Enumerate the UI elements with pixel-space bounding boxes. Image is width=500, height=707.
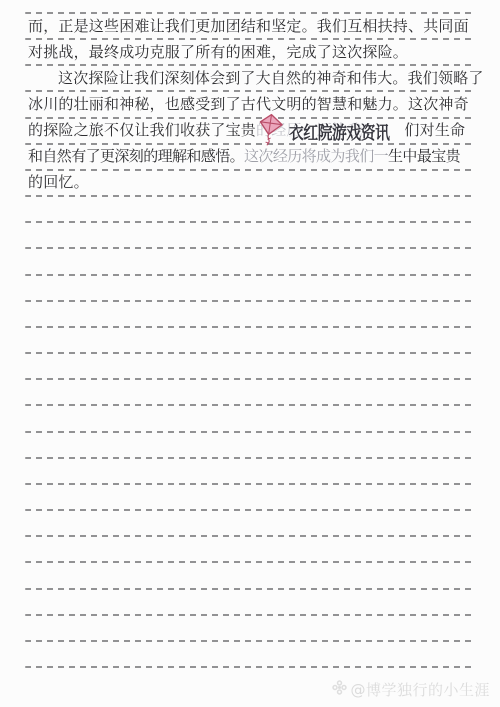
kite-icon [259,113,284,151]
rule-line [25,404,473,406]
rule-line [25,352,473,354]
rule-line [25,614,473,616]
handwritten-text-segment: 的探险之旅不仅让我们收获了宝贵 [28,121,256,139]
rule-line [25,457,473,459]
rule-line [25,561,473,563]
rule-line [25,378,473,380]
rule-line [25,535,473,537]
rule-line [25,666,473,668]
handwritten-text-segment: 而，正是这些困难让我们更加团结和坚定。我们互相扶持、共同面 [28,17,469,35]
rule-line [25,274,473,276]
handwritten-text-segment: 冰川的壮丽和神秘，也感受到了古代文明的智慧和魅力。这次神奇 [28,95,469,113]
handwritten-text-segment: 们对生命 [404,121,465,139]
essay-row: 而，正是这些困难让我们更加团结和坚定。我们互相扶持、共同面 [28,14,476,39]
rule-line [25,588,473,590]
site-watermark-text: 衣红院游戏资讯 [289,119,389,145]
notebook-page: 而，正是这些困难让我们更加团结和坚定。我们互相扶持、共同面对挑战，最终成功克服了… [0,0,500,707]
rule-line [25,640,473,642]
essay-row: 对挑战，最终成功克服了所有的困难，完成了这次探险。 [28,40,476,65]
rule-line [25,221,473,223]
rule-line [25,483,473,485]
rule-line [25,300,473,302]
flower-icon [332,680,347,699]
author-watermark: @博学独行的小生涯 [332,679,490,700]
rule-line [25,431,473,433]
handwritten-text-segment: 对挑战，最终成功克服了所有的困难，完成了这次探险。 [28,43,408,61]
essay-row: 这次探险让我们深刻体会到了大自然的神奇和伟大。我们领略了 [28,66,476,91]
author-watermark-text: @博学独行的小生涯 [350,679,490,700]
handwritten-text-segment: 这次探险让我们深刻体会到了大自然的神奇和伟大。我们领略了 [58,69,484,87]
handwritten-text-segment: 和自然有了更深刻的理解和感悟。 [28,147,244,165]
handwritten-text-segment: 的回忆。 [28,173,89,191]
rule-line [25,509,473,511]
site-watermark: 衣红院游戏资讯 [259,113,412,151]
rule-line [25,247,473,249]
rule-line [25,326,473,328]
essay-row: 的回忆。 [28,170,476,195]
